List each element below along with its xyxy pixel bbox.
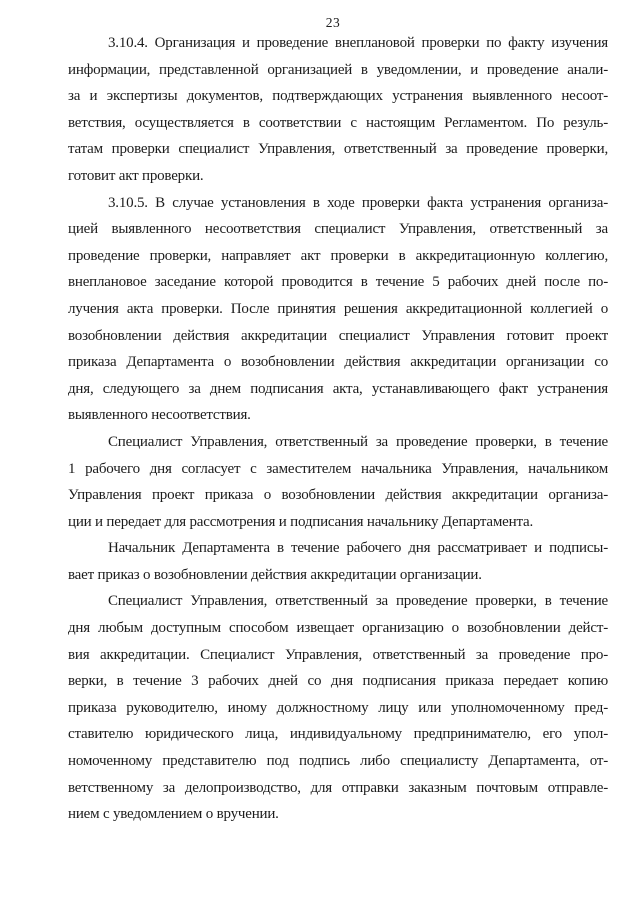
- text-line: лучения акта проверки. После принятия ре…: [68, 296, 608, 323]
- text-line: приказа руководителю, иному должностному…: [68, 695, 608, 722]
- text-line: вает приказ о возобновлении действия акк…: [68, 562, 608, 589]
- document-page: 23 3.10.4. Организация и проведение внеп…: [0, 0, 640, 905]
- text-line: Специалист Управления, ответственный за …: [68, 429, 608, 456]
- text-line: вия аккредитации. Специалист Управления,…: [68, 642, 608, 669]
- text-line: дня, следующего за днем подписания акта,…: [68, 376, 608, 403]
- document-body: 3.10.4. Организация и проведение внеплан…: [68, 30, 608, 828]
- paragraph: 3.10.5. В случае установления в ходе про…: [68, 190, 608, 429]
- text-line: возобновлении действия аккредитации спец…: [68, 323, 608, 350]
- text-line: Специалист Управления, ответственный за …: [68, 588, 608, 615]
- text-line: верки, в течение 3 рабочих дней со дня п…: [68, 668, 608, 695]
- text-line: ветственному за делопроизводство, для от…: [68, 775, 608, 802]
- text-line: нием с уведомлением о вручении.: [68, 801, 608, 828]
- text-line: ветствия, осуществляется в соответствии …: [68, 110, 608, 137]
- paragraph: Начальник Департамента в течение рабочег…: [68, 535, 608, 588]
- text-line: за и экспертизы документов, подтверждающ…: [68, 83, 608, 110]
- paragraph: Специалист Управления, ответственный за …: [68, 429, 608, 535]
- paragraph: 3.10.4. Организация и проведение внеплан…: [68, 30, 608, 190]
- text-line: готовит акт проверки.: [68, 163, 608, 190]
- text-line: ставителю юридического лица, индивидуаль…: [68, 721, 608, 748]
- text-line: дня любым доступным способом извещает ор…: [68, 615, 608, 642]
- text-line: цией выявленного несоответствия специали…: [68, 216, 608, 243]
- text-line: татам проверки специалист Управления, от…: [68, 136, 608, 163]
- text-line: информации, представленной организацией …: [68, 57, 608, 84]
- paragraph: Специалист Управления, ответственный за …: [68, 588, 608, 827]
- text-line: номоченному представителю под подпись ли…: [68, 748, 608, 775]
- text-line: 3.10.4. Организация и проведение внеплан…: [68, 30, 608, 57]
- text-line: внеплановое заседание которой проводится…: [68, 269, 608, 296]
- text-line: проведение проверки, направляет акт пров…: [68, 243, 608, 270]
- text-line: выявленного несоответствия.: [68, 402, 608, 429]
- text-line: Управления проект приказа о возобновлени…: [68, 482, 608, 509]
- page-number: 23: [68, 15, 598, 31]
- text-line: 1 рабочего дня согласует с заместителем …: [68, 456, 608, 483]
- text-line: приказа Департамента о возобновлении дей…: [68, 349, 608, 376]
- text-line: ции и передает для рассмотрения и подпис…: [68, 509, 608, 536]
- text-line: Начальник Департамента в течение рабочег…: [68, 535, 608, 562]
- text-line: 3.10.5. В случае установления в ходе про…: [68, 190, 608, 217]
